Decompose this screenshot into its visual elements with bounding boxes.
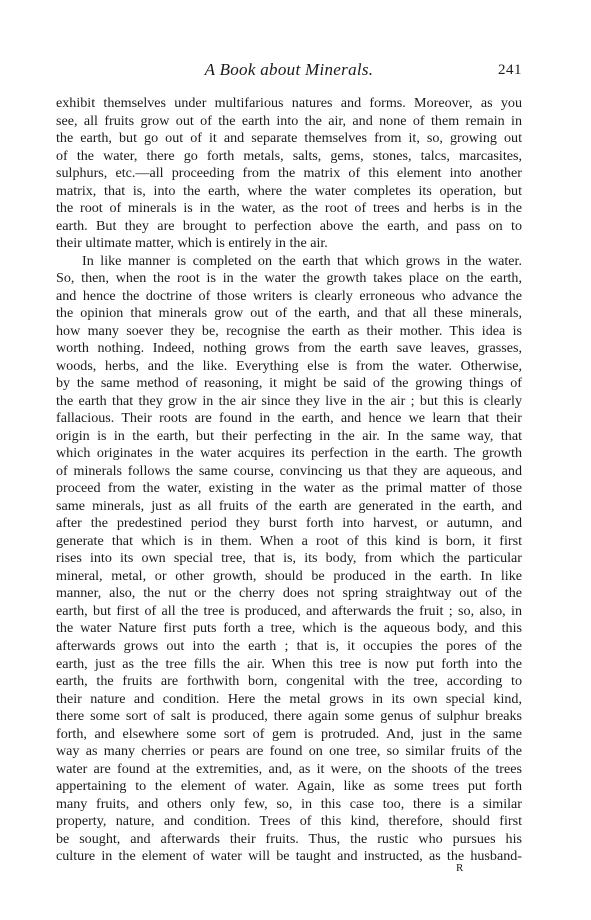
text-line: and hence the doctrine of those writers …: [56, 288, 522, 306]
signature-mark: R: [456, 862, 464, 874]
text-line: which originates in the water acquires i…: [56, 445, 522, 463]
text-line: appertaining to the element of water. Ag…: [56, 778, 522, 796]
text-line: sulphurs, etc.—all proceeding from the m…: [56, 165, 522, 183]
paragraph: exhibit themselves under multifarious na…: [56, 95, 522, 253]
paragraph: In like manner is completed on the earth…: [56, 253, 522, 866]
text-line: way as many cherries or pears are found …: [56, 743, 522, 761]
text-line: be sought, and afterwards their fruits. …: [56, 831, 522, 849]
text-line: by the same method of reasoning, it migh…: [56, 375, 522, 393]
text-line: the earth, but go out of it and separate…: [56, 130, 522, 148]
text-line: the earth that they grow in the air sinc…: [56, 393, 522, 411]
text-line: manner, also, the nut or the cherry does…: [56, 585, 522, 603]
text-line: exhibit themselves under multifarious na…: [56, 95, 522, 113]
text-line: many fruits, and others only few, so, in…: [56, 796, 522, 814]
text-line: proceed from the water, existing in the …: [56, 480, 522, 498]
text-line: In like manner is completed on the earth…: [56, 253, 522, 271]
running-head: A Book about Minerals. 241: [56, 60, 522, 80]
running-title: A Book about Minerals.: [56, 60, 522, 80]
text-line: woods, herbs, and the like. Everything e…: [56, 358, 522, 376]
text-line: earth, but first of all the tree is prod…: [56, 603, 522, 621]
text-line: see, all fruits grow out of the earth in…: [56, 113, 522, 131]
text-line: property, nature, and condition. Trees o…: [56, 813, 522, 831]
text-line: mineral, metal, or other growth, should …: [56, 568, 522, 586]
text-line: origin is in the earth, but their perfec…: [56, 428, 522, 446]
page-number: 241: [498, 62, 522, 79]
text-line: how many soever they be, recognise the e…: [56, 323, 522, 341]
text-line: of minerals follows the same course, con…: [56, 463, 522, 481]
text-line: So, then, when the root is in the water …: [56, 270, 522, 288]
text-line: matrix, that is, into the earth, where t…: [56, 183, 522, 201]
text-line: earth. But they are brought to perfectio…: [56, 218, 522, 236]
text-line: culture in the element of water will be …: [56, 848, 522, 866]
text-line: afterwards grows out into the earth ; th…: [56, 638, 522, 656]
text-line: rises into its own special tree, that is…: [56, 550, 522, 568]
text-line: there some sort of salt is produced, the…: [56, 708, 522, 726]
text-line: their ultimate matter, which is entirely…: [56, 235, 522, 253]
text-line: same minerals, just as all fruits of the…: [56, 498, 522, 516]
body-text: exhibit themselves under multifarious na…: [56, 95, 522, 866]
text-line: the water Nature first puts forth a tree…: [56, 620, 522, 638]
text-line: their nature and condition. Here the met…: [56, 691, 522, 709]
text-line: worth nothing. Indeed, nothing grows fro…: [56, 340, 522, 358]
text-line: the root of minerals is in the water, as…: [56, 200, 522, 218]
text-line: water are found at the extremities, and,…: [56, 761, 522, 779]
book-page: A Book about Minerals. 241 exhibit thems…: [0, 0, 591, 920]
text-line: earth, the fruits are forthwith born, co…: [56, 673, 522, 691]
text-line: fallacious. Their roots are found in the…: [56, 410, 522, 428]
text-line: forth, and elsewhere some sort of gem is…: [56, 726, 522, 744]
text-line: the opinion that minerals grow out of th…: [56, 305, 522, 323]
text-line: generate that which is in them. When a r…: [56, 533, 522, 551]
text-line: earth, just as the tree fills the air. W…: [56, 656, 522, 674]
text-line: of the water, there go forth metals, sal…: [56, 148, 522, 166]
text-line: after the predestined period they burst …: [56, 515, 522, 533]
